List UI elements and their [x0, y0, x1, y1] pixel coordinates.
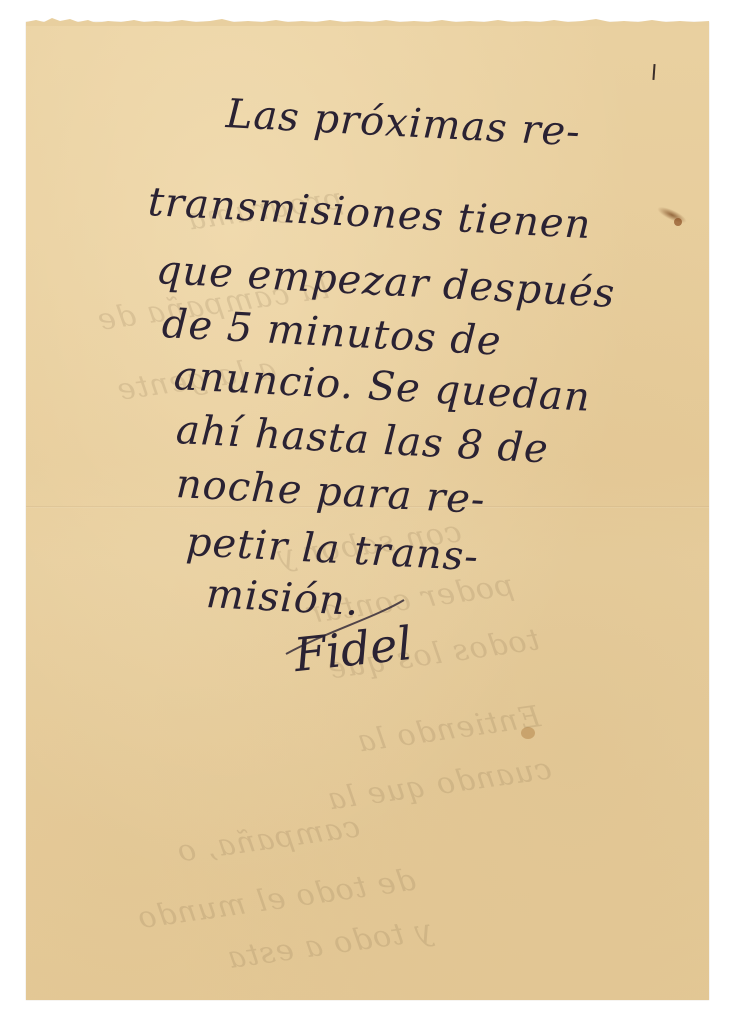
letter-line: ahí hasta las 8 de: [175, 410, 550, 469]
letter-line: petir la trans-: [185, 522, 480, 577]
letter-body: Las próximas re- transmisiones tienen qu…: [26, 22, 709, 1000]
letter-line: de 5 minutos de: [161, 304, 503, 362]
letter-paper: programa la campaña de a la gente con sa…: [26, 22, 709, 1000]
signature: Fidel: [292, 616, 415, 682]
letter-line: noche para re-: [175, 464, 487, 520]
letter-line: transmisiones tienen: [147, 182, 592, 245]
letter-line: Las próximas re-: [225, 94, 582, 153]
letter-line: anuncio. Se quedan: [173, 356, 592, 418]
